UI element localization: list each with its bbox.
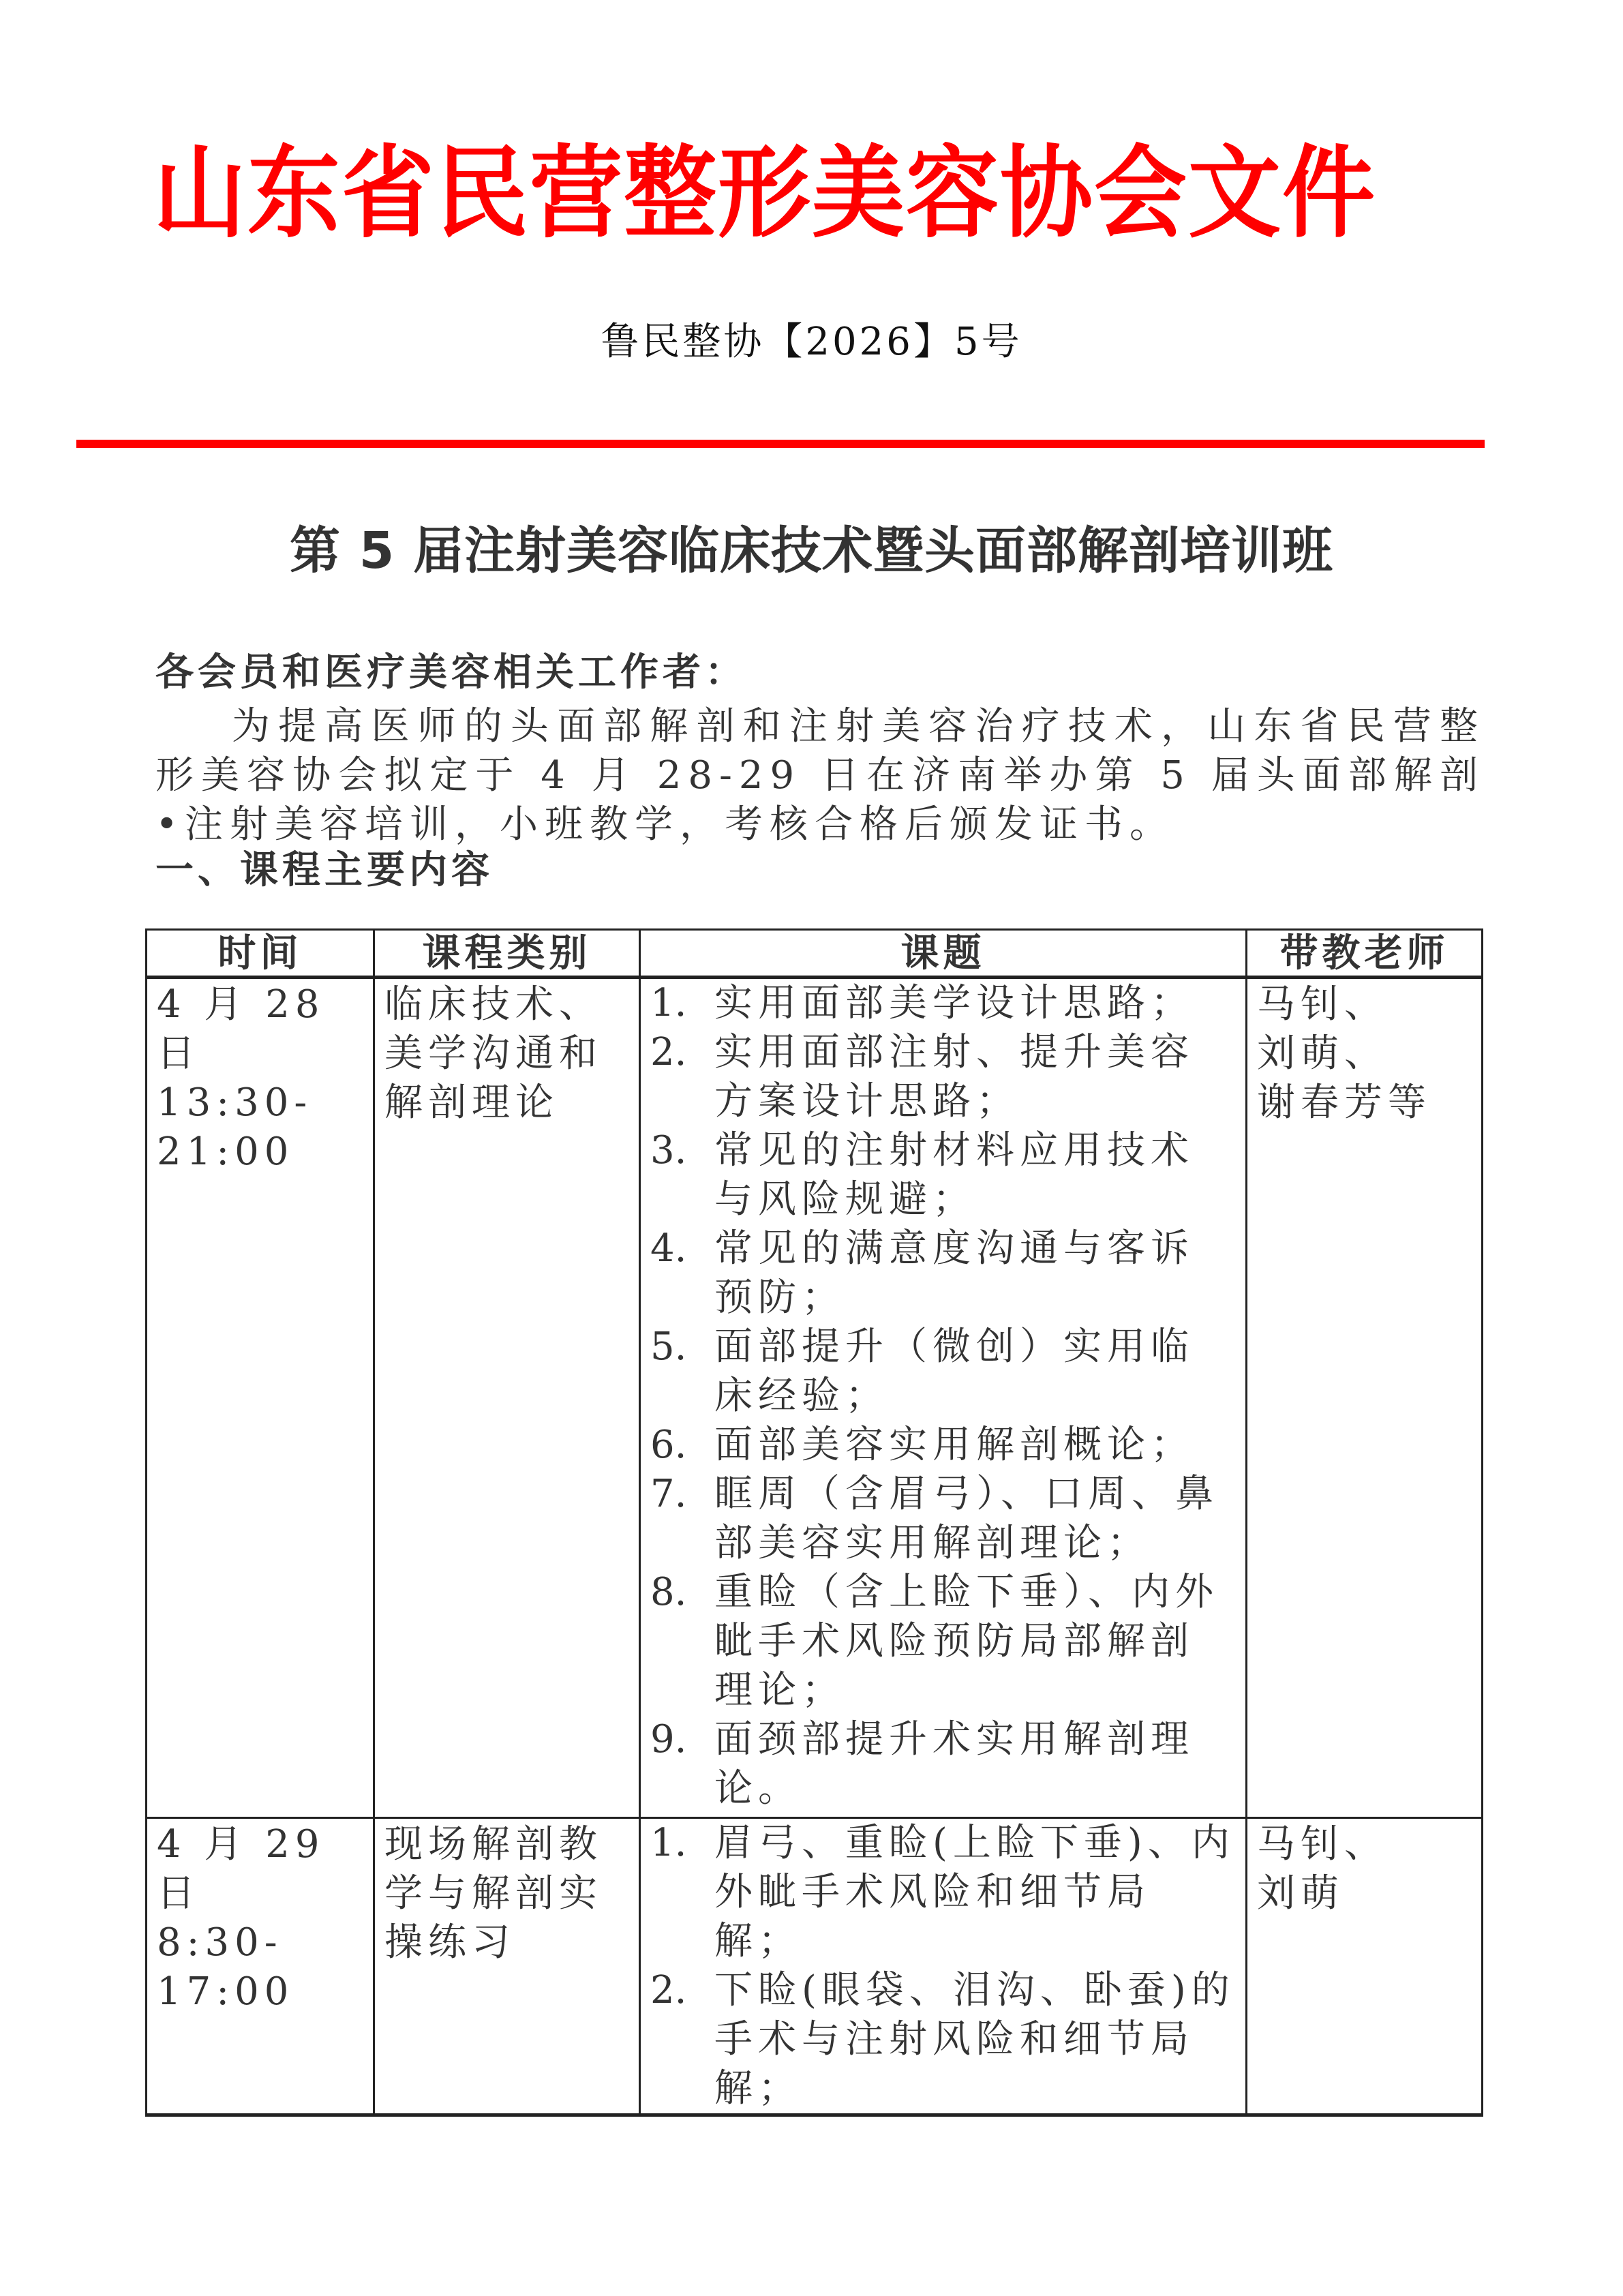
topic-number: 9.: [650, 1715, 686, 1764]
table-row: 4 月 28 日 13:30- 21:00 临床技术、 美学沟通和 解剖理论 1…: [147, 978, 1483, 1818]
time-line: 4 月 28 日: [157, 980, 363, 1078]
topic-number: 8.: [650, 1568, 686, 1617]
topic-text: 面颈部提升术实用解剖理论。: [714, 1715, 1236, 1813]
intro-paragraph: 为提高医师的头面部解剖和注射美容治疗技术，山东省民营整形美容协会拟定于 4 月 …: [155, 702, 1485, 849]
teacher-line: 刘萌、: [1257, 1029, 1472, 1078]
topic-text: 重睑（含上睑下垂）、内外眦手术风险预防局部解剖理论；: [714, 1568, 1236, 1715]
category-line: 学与解剖实: [384, 1869, 629, 1918]
time-line: 13:30-: [157, 1078, 363, 1128]
teacher-cell: 马钊、 刘萌: [1247, 1818, 1483, 2115]
category-line: 解剖理论: [384, 1078, 629, 1128]
list-item: 2.下睑(眼袋、泪沟、卧蚕)的手术与注射风险和细节局解；: [650, 1966, 1236, 2113]
list-item: 9.面颈部提升术实用解剖理论。: [650, 1715, 1236, 1813]
topic-text: 眉弓、重睑(上睑下垂)、内外眦手术风险和细节局解；: [714, 1819, 1236, 1966]
table-header-row: 时间 课程类别 课题 带教老师: [147, 930, 1483, 978]
teacher-cell: 马钊、 刘萌、 谢春芳等: [1247, 978, 1483, 1818]
topic-list: 1.实用面部美学设计思路； 2.实用面部注射、提升美容方案设计思路； 3.常见的…: [650, 979, 1236, 1813]
list-item: 3.常见的注射材料应用技术与风险规避；: [650, 1126, 1236, 1224]
red-divider-line: [76, 440, 1485, 448]
topic-number: 2.: [650, 1028, 686, 1077]
topic-text: 实用面部美学设计思路；: [714, 979, 1236, 1028]
topic-number: 2.: [650, 1966, 686, 2015]
category-line: 操练习: [384, 1918, 629, 1967]
section-heading-course-content: 一、课程主要内容: [155, 845, 1485, 894]
list-item: 1.眉弓、重睑(上睑下垂)、内外眦手术风险和细节局解；: [650, 1819, 1236, 1966]
list-item: 4.常见的满意度沟通与客诉预防；: [650, 1224, 1236, 1323]
category-line: 美学沟通和: [384, 1029, 629, 1078]
topic-number: 5.: [650, 1323, 686, 1372]
topic-text: 面部美容实用解剖概论；: [714, 1421, 1236, 1470]
header-time: 时间: [147, 930, 374, 978]
list-item: 6.面部美容实用解剖概论；: [650, 1421, 1236, 1470]
topic-list: 1.眉弓、重睑(上睑下垂)、内外眦手术风险和细节局解； 2.下睑(眼袋、泪沟、卧…: [650, 1819, 1236, 2113]
page-title: 第 5 届注射美容临床技术暨头面部解剖培训班: [0, 517, 1623, 585]
time-line: 21:00: [157, 1128, 363, 1177]
time-cell: 4 月 29 日 8:30- 17:00: [147, 1818, 374, 2115]
teacher-line: 刘萌: [1257, 1869, 1472, 1918]
time-line: 8:30-: [157, 1918, 363, 1967]
topics-cell: 1.实用面部美学设计思路； 2.实用面部注射、提升美容方案设计思路； 3.常见的…: [640, 978, 1247, 1818]
topic-number: 1.: [650, 1819, 686, 1868]
topic-number: 4.: [650, 1224, 686, 1273]
header-teacher: 带教老师: [1247, 930, 1483, 978]
topic-number: 6.: [650, 1421, 686, 1470]
topic-number: 1.: [650, 979, 686, 1028]
time-cell: 4 月 28 日 13:30- 21:00: [147, 978, 374, 1818]
teacher-line: 马钊、: [1257, 980, 1472, 1029]
table-row: 4 月 29 日 8:30- 17:00 现场解剖教 学与解剖实 操练习 1.眉…: [147, 1818, 1483, 2115]
topic-text: 面部提升（微创）实用临床经验；: [714, 1323, 1236, 1421]
header-topic: 课题: [640, 930, 1247, 978]
list-item: 1.实用面部美学设计思路；: [650, 979, 1236, 1028]
time-line: 17:00: [157, 1967, 363, 2016]
category-line: 临床技术、: [384, 980, 629, 1029]
topic-text: 常见的注射材料应用技术与风险规避；: [714, 1126, 1236, 1224]
list-item: 5.面部提升（微创）实用临床经验；: [650, 1323, 1236, 1421]
topic-number: 3.: [650, 1126, 686, 1175]
topic-text: 常见的满意度沟通与客诉预防；: [714, 1224, 1236, 1323]
topic-number: 7.: [650, 1470, 686, 1519]
teacher-line: 谢春芳等: [1257, 1078, 1472, 1128]
salutation: 各会员和医疗美容相关工作者：: [155, 648, 1485, 697]
list-item: 7.眶周（含眉弓）、口周、鼻部美容实用解剖理论；: [650, 1470, 1236, 1568]
category-cell: 临床技术、 美学沟通和 解剖理论: [374, 978, 640, 1818]
header-category: 课程类别: [374, 930, 640, 978]
topics-cell: 1.眉弓、重睑(上睑下垂)、内外眦手术风险和细节局解； 2.下睑(眼袋、泪沟、卧…: [640, 1818, 1247, 2115]
category-cell: 现场解剖教 学与解剖实 操练习: [374, 1818, 640, 2115]
org-document-title: 山东省民营整形美容协会文件: [153, 135, 1448, 253]
category-line: 现场解剖教: [384, 1820, 629, 1869]
course-schedule-table: 时间 课程类别 课题 带教老师 4 月 28 日 13:30- 21:00 临床…: [145, 928, 1483, 2117]
topic-text: 实用面部注射、提升美容方案设计思路；: [714, 1028, 1236, 1126]
teacher-line: 马钊、: [1257, 1820, 1472, 1869]
topic-text: 下睑(眼袋、泪沟、卧蚕)的手术与注射风险和细节局解；: [714, 1966, 1236, 2113]
list-item: 2.实用面部注射、提升美容方案设计思路；: [650, 1028, 1236, 1126]
topic-text: 眶周（含眉弓）、口周、鼻部美容实用解剖理论；: [714, 1470, 1236, 1568]
document-number: 鲁民整协【2026】5号: [0, 315, 1623, 369]
time-line: 4 月 29 日: [157, 1820, 363, 1918]
list-item: 8.重睑（含上睑下垂）、内外眦手术风险预防局部解剖理论；: [650, 1568, 1236, 1715]
